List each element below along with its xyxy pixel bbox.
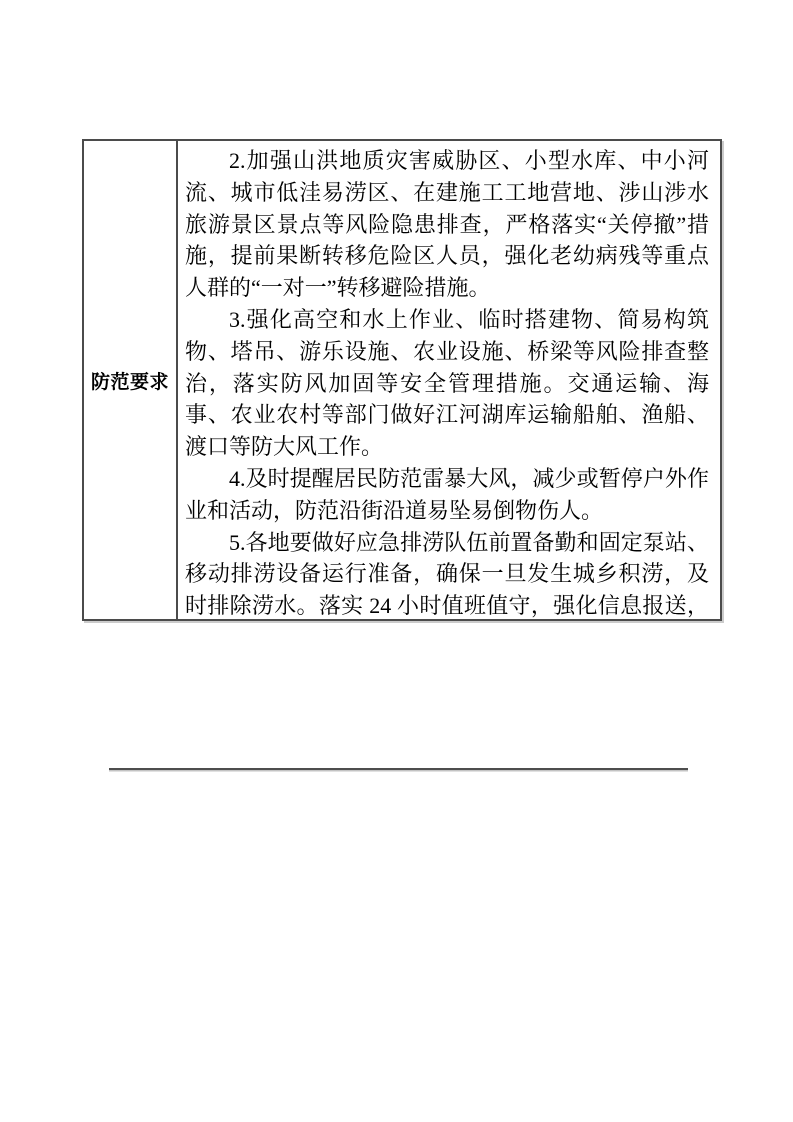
prevention-requirements-table: 防范要求 2.加强山洪地质灾害威胁区、小型水库、中小河流、城市低洼易涝区、在建施…	[82, 139, 722, 621]
measure-paragraph-4: 4.及时提醒居民防范雷暴大风，减少或暂停户外作业和活动，防范沿街沿道易坠易倒物伤…	[185, 463, 709, 527]
row-header-cell: 防范要求	[84, 141, 178, 619]
row-header-label: 防范要求	[91, 367, 169, 394]
horizontal-divider	[109, 768, 688, 770]
document-page: 防范要求 2.加强山洪地质灾害威胁区、小型水库、中小河流、城市低洼易涝区、在建施…	[0, 0, 793, 1122]
row-content-cell: 2.加强山洪地质灾害威胁区、小型水库、中小河流、城市低洼易涝区、在建施工工地营地…	[178, 141, 720, 619]
measure-paragraph-3: 3.强化高空和水上作业、临时搭建物、简易构筑物、塔吊、游乐设施、农业设施、桥梁等…	[185, 304, 709, 463]
measure-paragraph-5: 5.各地要做好应急排涝队伍前置备勤和固定泵站、移动排涝设备运行准备，确保一旦发生…	[185, 527, 709, 619]
measure-paragraph-2: 2.加强山洪地质灾害威胁区、小型水库、中小河流、城市低洼易涝区、在建施工工地营地…	[185, 145, 709, 304]
